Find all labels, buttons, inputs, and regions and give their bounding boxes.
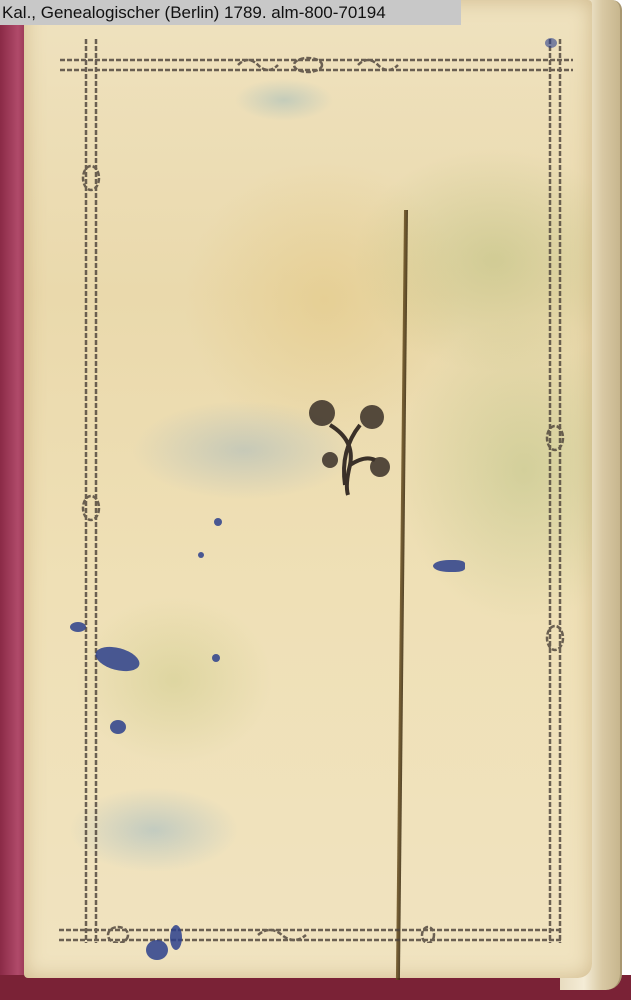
ink-blot	[433, 560, 465, 572]
ink-blot	[212, 654, 220, 662]
image-caption: Kal., Genealogischer (Berlin) 1789. alm-…	[0, 0, 461, 25]
floral-ornament	[300, 395, 395, 500]
ink-blot	[545, 38, 557, 48]
ink-blot	[170, 925, 182, 950]
ink-blot	[214, 518, 222, 526]
backdrop-bottom	[0, 975, 631, 1000]
ink-blot	[146, 940, 168, 960]
flower-sprig-icon	[300, 395, 395, 500]
ink-blot	[70, 622, 86, 632]
ink-blot	[198, 552, 204, 558]
ink-blot	[110, 720, 126, 734]
